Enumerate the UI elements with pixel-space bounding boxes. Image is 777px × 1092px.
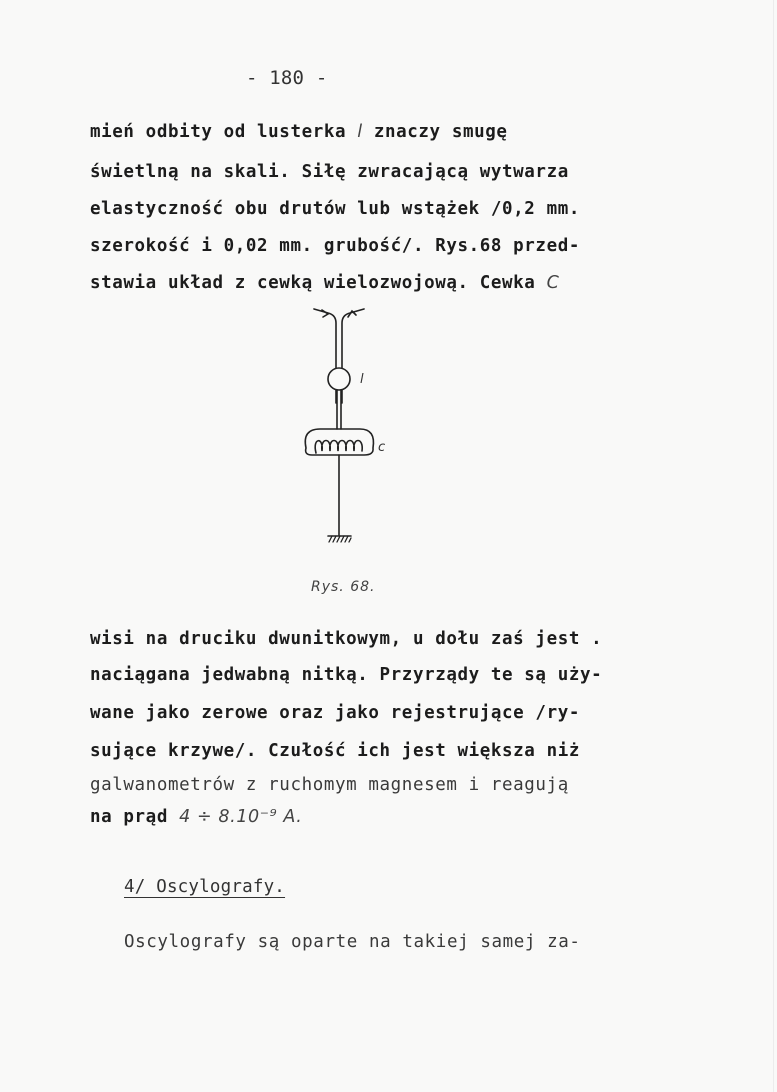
text-line: naciągana jedwabną nitką. Przyrządy te s…	[90, 664, 602, 686]
text-line: Oscylografy są oparte na takiej samej za…	[124, 931, 581, 953]
text-line: sujące krzywe/. Czułość ich jest większa…	[90, 740, 580, 762]
text-line: elastyczność obu drutów lub wstążek /0,2…	[90, 198, 580, 220]
text-segment: mień odbity od lusterka	[90, 122, 357, 142]
handwritten-formula: 4 ÷ 8.10⁻⁹ A.	[179, 807, 302, 827]
page-number: - 180 -	[246, 67, 327, 89]
text-segment: na prąd	[90, 807, 179, 827]
page-edge	[773, 0, 774, 1092]
section-heading: 4/ Oscylografy.	[124, 877, 285, 897]
document-page: - 180 - mień odbity od lusterka l znaczy…	[0, 0, 777, 1092]
text-line: świetlną na skali. Siłę zwracającą wytwa…	[90, 161, 569, 183]
text-line: na prąd 4 ÷ 8.10⁻⁹ A.	[90, 806, 302, 828]
text-line: stawia układ z cewką wielozwojową. Cewka…	[90, 272, 559, 294]
text-line: wane jako zerowe oraz jako rejestrujące …	[90, 702, 580, 724]
handwritten-symbol: C	[547, 273, 560, 293]
mirror-label: l	[360, 372, 364, 387]
galvanometer-diagram: l c	[290, 305, 430, 565]
text-line: galwanometrów z ruchomym magnesem i reag…	[90, 774, 569, 796]
text-line: wisi na druciku dwunitkowym, u dołu zaś …	[90, 628, 602, 650]
figure-caption: Rys. 68.	[311, 579, 375, 595]
text-segment: stawia układ z cewką wielozwojową. Cewka	[90, 273, 547, 293]
text-line: mień odbity od lusterka l znaczy smugę	[90, 121, 508, 143]
mirror-circle	[328, 368, 350, 390]
coil-label: c	[378, 440, 385, 455]
text-segment: znaczy smugę	[363, 122, 508, 142]
text-line: szerokość i 0,02 mm. grubość/. Rys.68 pr…	[90, 235, 580, 257]
coil-loops	[315, 441, 362, 454]
